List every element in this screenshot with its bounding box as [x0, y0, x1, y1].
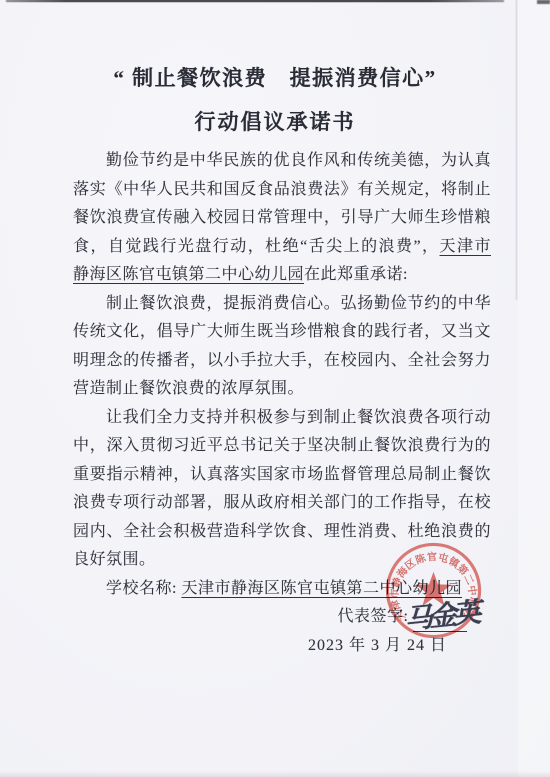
body-line: 落实《中华人民共和国反食品浪费法》有关规定，将制止 — [73, 176, 491, 205]
body-text: 浪费专项行动部署，服从政府相关部门的工作指导，在校 — [73, 494, 491, 511]
body-text: 制止餐饮浪费，提振消费信心。弘扬勤俭节约的中华 — [106, 295, 491, 312]
body-text: 明理念的传播者，以小手拉大手，在校园内、全社会努力 — [73, 352, 491, 369]
body-line: 制止餐饮浪费，提振消费信心。弘扬勤俭节约的中华 — [73, 290, 491, 319]
body-text: 营造制止餐饮浪费的浓厚氛围。 — [73, 380, 304, 397]
body-text: 园内、全社会积极营造科学饮食、理性消费、杜绝浪费的 — [73, 523, 491, 540]
body-line: 中，深入贯彻习近平总书记关于坚决制止餐饮浪费行为的 — [73, 432, 491, 461]
body-text: 让我们全力支持并积极参与到制止餐饮浪费各项行动 — [106, 409, 491, 426]
document-subtitle: 行动倡议承诺书 — [0, 106, 550, 136]
scan-edge-bottom — [0, 771, 550, 777]
body-text: 食，自觉践行光盘行动，杜绝“舌尖上的浪费”， — [73, 238, 440, 255]
scan-edge-top — [6, 0, 504, 2]
body-line: 重要指示精神，认真落实国家市场监督管理总局制止餐饮 — [73, 461, 491, 490]
body-text: 良好氛围。 — [73, 551, 156, 568]
body-line: 营造制止餐饮浪费的浓厚氛围。 — [73, 375, 491, 404]
body-line: 静海区陈官屯镇第二中心幼儿园在此郑重承诺: — [73, 261, 491, 290]
body-line: 浪费专项行动部署，服从政府相关部门的工作指导，在校 — [73, 489, 491, 518]
body-line: 勤俭节约是中华民族的优良作风和传统美德，为认真 — [73, 147, 491, 176]
body-text: 中，深入贯彻习近平总书记关于坚决制止餐饮浪费行为的 — [73, 437, 491, 454]
body-line: 让我们全力支持并积极参与到制止餐饮浪费各项行动 — [73, 404, 491, 433]
scan-crease-right — [516, 0, 517, 300]
handwritten-signature: 马金英 — [402, 590, 479, 636]
body-text: 餐饮浪费宣传融入校园日常管理中，引导广大师生珍惜粮 — [73, 209, 491, 226]
underlined-text: 天津市 — [440, 238, 491, 255]
body-line: 食，自觉践行光盘行动，杜绝“舌尖上的浪费”，天津市 — [73, 233, 491, 262]
body-line: 餐饮浪费宣传融入校园日常管理中，引导广大师生珍惜粮 — [73, 204, 491, 233]
underlined-text: 静海区陈官屯镇第二中心幼儿园 — [73, 266, 304, 283]
body-text: 重要指示精神，认真落实国家市场监督管理总局制止餐饮 — [73, 466, 491, 483]
school-name-label: 学校名称: — [106, 580, 181, 597]
body-text: 在此郑重承诺: — [304, 266, 408, 283]
body-text: 传统文化，倡导广大师生既当珍惜粮食的践行者，又当文 — [73, 323, 491, 340]
body-line: 传统文化，倡导广大师生既当珍惜粮食的践行者，又当文 — [73, 318, 491, 347]
document-title: “ 制止餐饮浪费 提振消费信心” — [0, 62, 550, 92]
body-text: 勤俭节约是中华民族的优良作风和传统美德，为认真 — [106, 152, 491, 169]
scanned-document-page: “ 制止餐饮浪费 提振消费信心” 行动倡议承诺书 勤俭节约是中华民族的优良作风和… — [0, 0, 550, 777]
body-text: 落实《中华人民共和国反食品浪费法》有关规定，将制止 — [73, 181, 491, 198]
body-lines: 勤俭节约是中华民族的优良作风和传统美德，为认真落实《中华人民共和国反食品浪费法》… — [73, 147, 491, 575]
body-line: 明理念的传播者，以小手拉大手，在校园内、全社会努力 — [73, 347, 491, 376]
